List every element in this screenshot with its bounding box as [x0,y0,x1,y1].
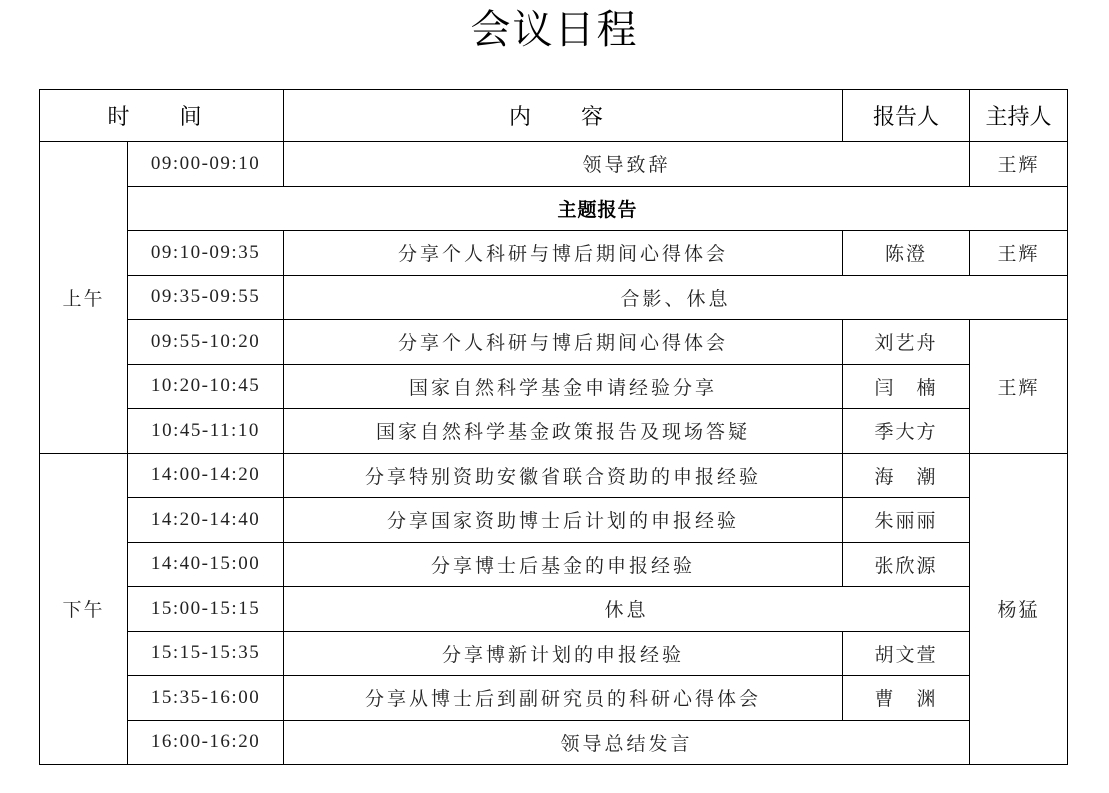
content-cell: 国家自然科学基金申请经验分享 [284,364,843,409]
content-cell: 分享个人科研与博后期间心得体会 [284,320,843,365]
header-speaker: 报告人 [843,90,970,142]
content-cell: 分享国家资助博士后计划的申报经验 [284,498,843,543]
time-cell: 14:20-14:40 [128,498,284,543]
time-cell: 09:55-10:20 [128,320,284,365]
table-row: 14:20-14:40 分享国家资助博士后计划的申报经验 朱丽丽 [40,498,1068,543]
speaker-cell: 朱丽丽 [843,498,970,543]
content-cell: 合影、休息 [284,275,1068,320]
table-row: 09:35-09:55 合影、休息 [40,275,1068,320]
section-row: 主题报告 [40,186,1068,231]
header-content: 内 容 [284,90,843,142]
time-cell: 14:40-15:00 [128,542,284,587]
time-cell: 09:00-09:10 [128,142,284,187]
speaker-cell: 曹 渊 [843,676,970,721]
host-cell: 王辉 [970,320,1068,454]
table-row: 10:20-10:45 国家自然科学基金申请经验分享 闫 楠 [40,364,1068,409]
speaker-cell: 张欣源 [843,542,970,587]
speaker-cell: 刘艺舟 [843,320,970,365]
header-time: 时 间 [40,90,284,142]
speaker-cell: 海 潮 [843,453,970,498]
table-row: 09:10-09:35 分享个人科研与博后期间心得体会 陈澄 王辉 [40,231,1068,276]
host-cell: 杨猛 [970,453,1068,765]
content-cell: 国家自然科学基金政策报告及现场答疑 [284,409,843,454]
table-row: 上午 09:00-09:10 领导致辞 王辉 [40,142,1068,187]
table-row: 10:45-11:10 国家自然科学基金政策报告及现场答疑 季大方 [40,409,1068,454]
time-cell: 09:35-09:55 [128,275,284,320]
content-cell: 分享博新计划的申报经验 [284,631,843,676]
content-cell: 分享个人科研与博后期间心得体会 [284,231,843,276]
content-cell: 分享特别资助安徽省联合资助的申报经验 [284,453,843,498]
table-row: 下午 14:00-14:20 分享特别资助安徽省联合资助的申报经验 海 潮 杨猛 [40,453,1068,498]
content-cell: 领导总结发言 [284,720,970,765]
host-cell: 王辉 [970,231,1068,276]
period-morning: 上午 [40,142,128,454]
time-cell: 15:35-16:00 [128,676,284,721]
table-row: 16:00-16:20 领导总结发言 [40,720,1068,765]
time-cell: 15:00-15:15 [128,587,284,632]
table-row: 15:15-15:35 分享博新计划的申报经验 胡文萱 [40,631,1068,676]
schedule-table: 时 间 内 容 报告人 主持人 上午 09:00-09:10 领导致辞 王辉 主… [39,89,1068,765]
content-cell: 休息 [284,587,970,632]
host-cell: 王辉 [970,142,1068,187]
time-cell: 09:10-09:35 [128,231,284,276]
time-cell: 16:00-16:20 [128,720,284,765]
table-row: 14:40-15:00 分享博士后基金的申报经验 张欣源 [40,542,1068,587]
content-cell: 分享博士后基金的申报经验 [284,542,843,587]
table-row: 15:00-15:15 休息 [40,587,1068,632]
content-cell: 分享从博士后到副研究员的科研心得体会 [284,676,843,721]
period-afternoon: 下午 [40,453,128,765]
time-cell: 15:15-15:35 [128,631,284,676]
table-row: 09:55-10:20 分享个人科研与博后期间心得体会 刘艺舟 王辉 [40,320,1068,365]
time-cell: 14:00-14:20 [128,453,284,498]
speaker-cell: 陈澄 [843,231,970,276]
header-host: 主持人 [970,90,1068,142]
section-title: 主题报告 [128,186,1068,231]
speaker-cell: 胡文萱 [843,631,970,676]
table-row: 15:35-16:00 分享从博士后到副研究员的科研心得体会 曹 渊 [40,676,1068,721]
header-row: 时 间 内 容 报告人 主持人 [40,90,1068,142]
page-title: 会议日程 [0,2,1109,58]
content-cell: 领导致辞 [284,142,970,187]
speaker-cell: 季大方 [843,409,970,454]
speaker-cell: 闫 楠 [843,364,970,409]
time-cell: 10:20-10:45 [128,364,284,409]
time-cell: 10:45-11:10 [128,409,284,454]
